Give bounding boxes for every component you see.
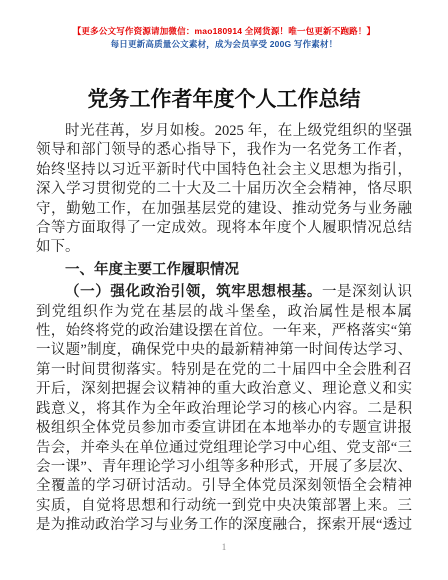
subsection-lead: （一）强化政治引领，筑牢思想根基。 bbox=[65, 284, 322, 300]
section-heading: 一、年度主要工作履职情况 bbox=[36, 261, 412, 280]
promo-line-blue: 每日更新高质量公文素材，成为会员享受 200G 写作素材！ bbox=[0, 38, 448, 51]
subsection-text: 一是深刻认识到党组织作为党在基层的战斗堡垒，政治属性是根本属性，始终将党的政治建… bbox=[36, 284, 412, 536]
subsection-paragraph: （一）强化政治引领，筑牢思想根基。一是深刻认识到党组织作为党在基层的战斗堡垒，政… bbox=[36, 283, 412, 536]
document-title: 党务工作者年度个人工作总结 bbox=[0, 83, 448, 113]
page-number: 1 bbox=[222, 542, 227, 552]
intro-paragraph: 时光荏苒，岁月如梭。2025 年，在上级党组织的坚强领导和部门领导的悉心指导下，… bbox=[36, 122, 412, 258]
page-footer: 1 bbox=[0, 537, 448, 555]
promo-line-red: 【更多公文写作资源请加微信：mao180914 全网货源！唯一包更新不跑路！】 bbox=[0, 25, 448, 38]
document-body: 时光荏苒，岁月如梭。2025 年，在上级党组织的坚强领导和部门领导的悉心指导下，… bbox=[36, 122, 412, 536]
promo-header: 【更多公文写作资源请加微信：mao180914 全网货源！唯一包更新不跑路！】 … bbox=[0, 0, 448, 51]
document-page: 【更多公文写作资源请加微信：mao180914 全网货源！唯一包更新不跑路！】 … bbox=[0, 0, 448, 580]
